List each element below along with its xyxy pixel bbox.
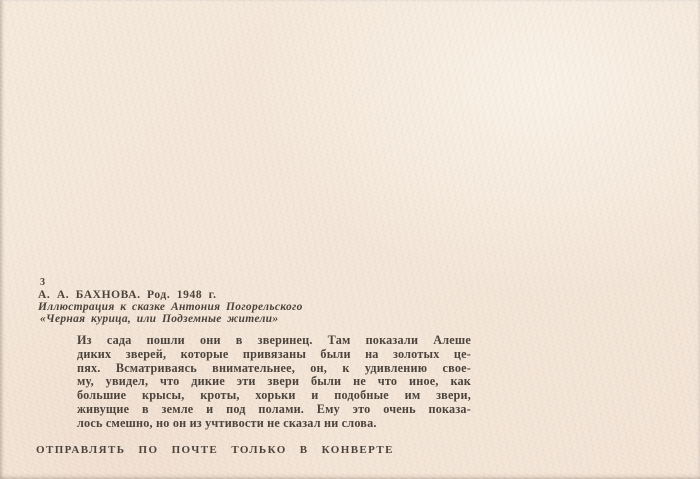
- excerpt-line: лось смешно, но он из учтивости не сказа…: [77, 417, 471, 431]
- excerpt-line: Из сада пошли они в зверинец. Там показа…: [77, 334, 471, 348]
- artist-credit: А. А. БАХНОВА. Род. 1948 г.: [38, 290, 303, 302]
- excerpt-line: пях. Всматриваясь внимательнее, он, к уд…: [77, 362, 471, 376]
- excerpt-line: му, увидел, что дикие эти звери были не …: [77, 375, 471, 389]
- excerpt-line: диких зверей, которые привязаны были на …: [77, 348, 471, 362]
- excerpt-line: большие крысы, кроты, хорьки и подобные …: [77, 389, 471, 403]
- postcard-back: 3 А. А. БАХНОВА. Род. 1948 г. Иллюстраци…: [0, 0, 700, 479]
- credit-block: 3 А. А. БАХНОВА. Род. 1948 г. Иллюстраци…: [38, 277, 303, 325]
- postal-notice: ОТПРАВЛЯТЬ ПО ПОЧТЕ ТОЛЬКО В КОНВЕРТЕ: [36, 444, 394, 456]
- card-number: 3: [40, 277, 303, 289]
- story-excerpt: Из сада пошли они в зверинец. Там показа…: [77, 334, 471, 431]
- excerpt-line: живущие в земле и под полами. Ему это оч…: [77, 403, 471, 417]
- illustration-caption-line1: Иллюстрация к сказке Антония Погорельско…: [38, 302, 303, 314]
- illustration-caption-line2: «Черная курица, или Подземные жители»: [40, 314, 303, 326]
